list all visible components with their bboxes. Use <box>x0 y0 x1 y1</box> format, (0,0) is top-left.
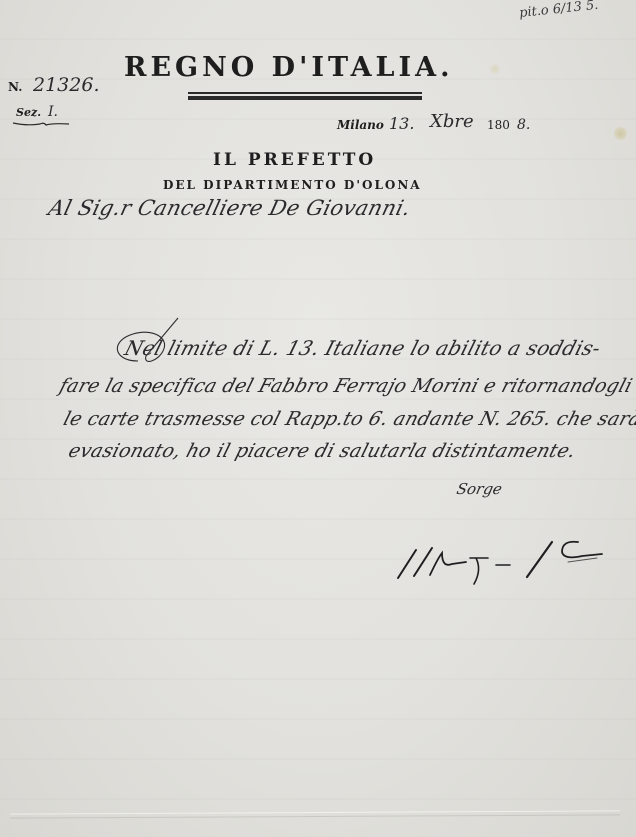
letterhead-title: REGNO D'ITALIA. <box>124 52 454 83</box>
paper-crease <box>10 810 620 818</box>
year-printed: 180 <box>487 118 510 132</box>
section-underline-flourish <box>12 121 70 127</box>
section-value: I. <box>48 104 58 120</box>
signature: Mejan <box>392 528 612 588</box>
addressee: Al Sig.r Cancelliere De Giovanni. <box>46 196 413 220</box>
issuer-department: DEL DIPARTIMENTO D'OLONA <box>163 178 422 192</box>
letterhead-rule-thin <box>188 92 422 94</box>
section-label: Sez. <box>16 106 41 119</box>
body-line-1: Nel limite di L. 13. Italiane lo abilito… <box>122 336 603 360</box>
closing-mark: Sorge <box>455 480 504 498</box>
date-month: Xbre <box>430 111 474 132</box>
paper-stain-faint <box>490 64 500 74</box>
date-day: 13. <box>389 114 414 133</box>
year-digit: 8. <box>517 117 530 133</box>
issuer-title: IL PREFETTO <box>213 150 376 170</box>
document-page: pit.o 6/13 5. REGNO D'ITALIA. N. 21326. … <box>0 0 636 837</box>
body-line-2: fare la specifica del Fabbro Ferrajo Mor… <box>57 375 635 397</box>
protocol-number-label: N. <box>8 80 22 94</box>
protocol-number-value: 21326. <box>33 74 99 96</box>
place-label: Milano <box>337 118 384 132</box>
archive-reference: pit.o 6/13 5. <box>518 0 599 21</box>
body-line-3: le carte trasmesse col Rapp.to 6. andant… <box>61 408 636 430</box>
letterhead-rule-thick <box>188 96 422 100</box>
paper-stain <box>614 127 627 140</box>
body-line-4: evasionato, ho il piacere di salutarla d… <box>66 440 578 462</box>
